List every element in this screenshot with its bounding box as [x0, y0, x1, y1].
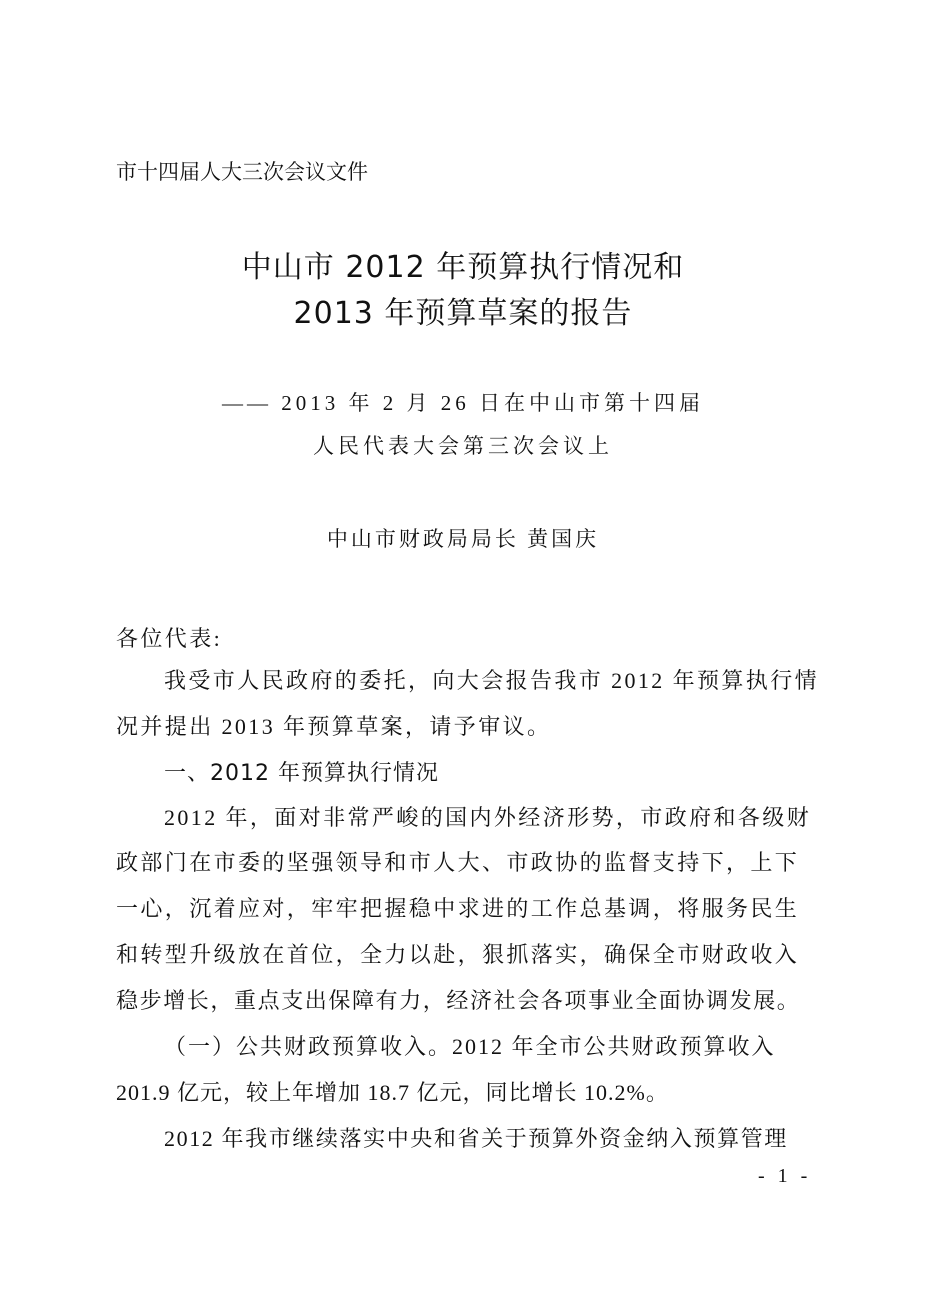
- section-heading: 一、2012 年预算执行情况: [164, 756, 439, 787]
- page-number: - 1 -: [758, 1165, 811, 1188]
- subtitle-line-1: —— 2013 年 2 月 26 日在中山市第十四届: [0, 387, 926, 417]
- paragraph-line: 201.9 亿元，较上年增加 18.7 亿元，同比增长 10.2%。: [116, 1076, 669, 1107]
- paragraph-line: 况并提出 2013 年预算草案，请予审议。: [116, 710, 551, 741]
- author-line: 中山市财政局局长 黄国庆: [0, 523, 926, 553]
- paragraph-line: 一心，沉着应对，牢牢把握稳中求进的工作总基调，将服务民生: [116, 892, 799, 923]
- paragraph-line: 2012 年，面对非常严峻的国内外经济形势，市政府和各级财: [164, 801, 811, 832]
- report-title-line-1: 中山市 2012 年预算执行情况和: [0, 242, 926, 286]
- paragraph-line: 稳步增长，重点支出保障有力，经济社会各项事业全面协调发展。: [116, 984, 800, 1015]
- paragraph-line: 和转型升级放在首位，全力以赴，狠抓落实，确保全市财政收入: [116, 938, 799, 969]
- subtitle-line-2: 人民代表大会第三次会议上: [0, 430, 926, 460]
- paragraph-line: 2012 年我市继续落实中央和省关于预算外资金纳入预算管理: [164, 1122, 788, 1153]
- paragraph-line: （一）公共财政预算收入。2012 年全市公共财政预算收入: [164, 1030, 776, 1061]
- paragraph-line: 政部门在市委的坚强领导和市人大、市政协的监督支持下，上下: [116, 846, 799, 877]
- paragraph-line: 我受市人民政府的委托，向大会报告我市 2012 年预算执行情: [164, 664, 819, 695]
- salutation: 各位代表:: [116, 622, 222, 653]
- document-header: 市十四届人大三次会议文件: [116, 156, 368, 186]
- report-title-line-2: 2013 年预算草案的报告: [0, 288, 926, 332]
